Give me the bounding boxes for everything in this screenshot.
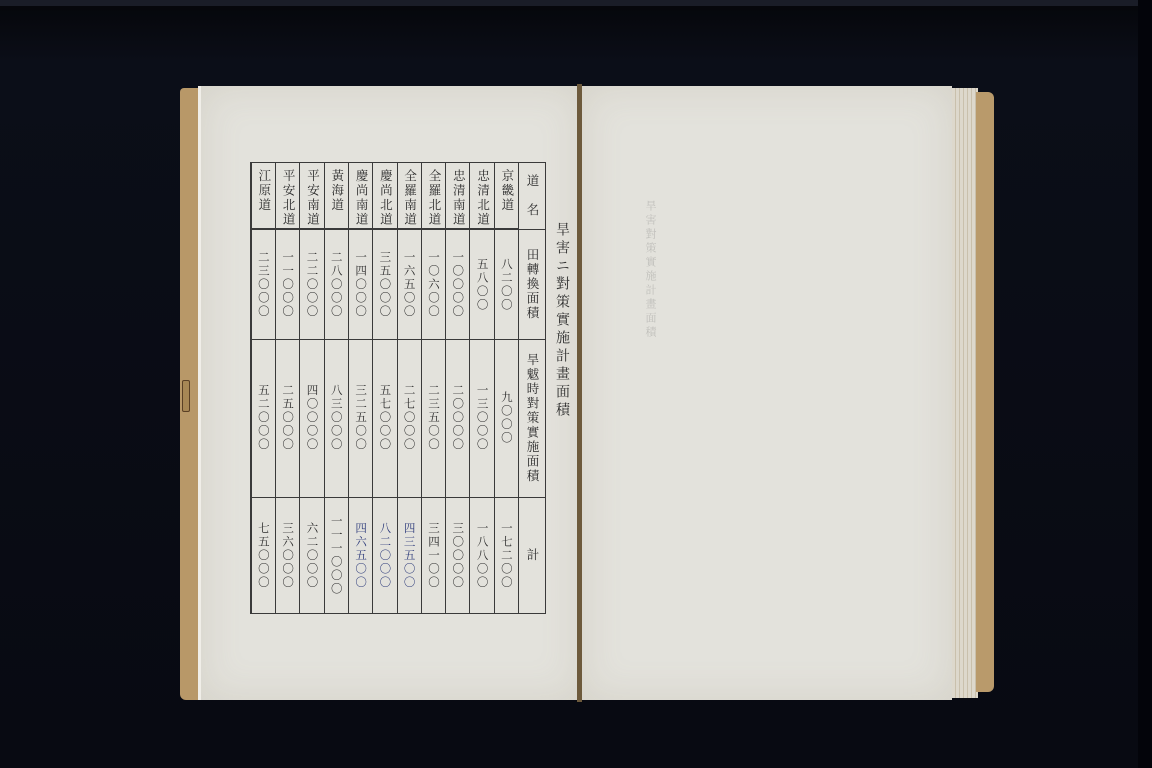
province-name: 全羅北道 — [422, 163, 446, 229]
top-edge — [0, 0, 1152, 6]
conversion-area-value: 一四〇〇〇 — [349, 235, 373, 335]
province-column: 慶尚南道一四〇〇〇三二五〇〇四六五〇〇 — [348, 163, 373, 613]
conversion-area-value: 一〇〇〇〇 — [446, 235, 470, 335]
label-column: 道 名 田轉換面積 旱魃時對策實施面積 計 — [518, 163, 545, 613]
book-cover-left — [180, 88, 200, 700]
conversion-area-value: 五八〇〇 — [470, 235, 494, 335]
province-column: 平安北道一一〇〇〇二五〇〇〇三六〇〇〇 — [275, 163, 300, 613]
conversion-area-value: 二八〇〇〇 — [325, 235, 349, 335]
conversion-area-value: 一一〇〇〇 — [276, 235, 300, 335]
drought-measure-value: 一三〇〇〇 — [470, 343, 494, 493]
conversion-area-value: 三五〇〇〇 — [373, 235, 397, 335]
row-label-total: 計 — [519, 497, 545, 613]
province-name: 黃海道 — [325, 163, 349, 229]
total-value: 八二〇〇〇 — [373, 503, 397, 608]
conversion-area-value: 一六五〇〇 — [398, 235, 422, 335]
province-column: 忠清北道五八〇〇一三〇〇〇一八八〇〇 — [469, 163, 494, 613]
drought-measure-value: 八三〇〇〇 — [325, 343, 349, 493]
page-edges — [952, 88, 978, 698]
province-name: 慶尚南道 — [349, 163, 373, 229]
data-table: 道 名 田轉換面積 旱魃時對策實施面積 計 京畿道八二〇〇九〇〇〇一七二〇〇忠清… — [250, 162, 546, 614]
total-value: 四六五〇〇 — [349, 503, 373, 608]
book-cover-right — [976, 92, 994, 692]
bleed-through-text: 旱害對策實施計畫面積 — [598, 200, 658, 460]
drought-measure-value: 二五〇〇〇 — [276, 343, 300, 493]
province-column: 全羅北道一〇六〇〇二三五〇〇三四一〇〇 — [421, 163, 446, 613]
binding-tab — [182, 380, 190, 412]
row-label-conversion: 田轉換面積 — [519, 229, 545, 339]
province-column: 平安南道二二〇〇〇四〇〇〇〇六二〇〇〇 — [299, 163, 324, 613]
drought-measure-value: 五七〇〇〇 — [373, 343, 397, 493]
province-column: 京畿道八二〇〇九〇〇〇一七二〇〇 — [494, 163, 519, 613]
total-value: 三四一〇〇 — [422, 503, 446, 608]
total-value: 三六〇〇〇 — [276, 503, 300, 608]
province-name: 忠清北道 — [470, 163, 494, 229]
drought-measure-value: 二七〇〇〇 — [398, 343, 422, 493]
province-name: 全羅南道 — [398, 163, 422, 229]
conversion-area-value: 二二〇〇〇 — [300, 235, 324, 335]
province-name: 平安北道 — [276, 163, 300, 229]
table-title: 旱害ニ對策實施計畫面積 — [548, 222, 572, 472]
drought-measure-value: 五二〇〇〇 — [252, 343, 276, 493]
total-value: 一七二〇〇 — [495, 503, 519, 608]
drought-measure-value: 二〇〇〇〇 — [446, 343, 470, 493]
drought-measure-value: 四〇〇〇〇 — [300, 343, 324, 493]
drought-measure-value: 九〇〇〇 — [495, 343, 519, 493]
province-name: 江原道 — [252, 163, 276, 229]
right-edge — [1138, 0, 1152, 768]
conversion-area-value: 一〇六〇〇 — [422, 235, 446, 335]
province-name: 慶尚北道 — [373, 163, 397, 229]
province-column: 忠清南道一〇〇〇〇二〇〇〇〇三〇〇〇〇 — [445, 163, 470, 613]
total-value: 六二〇〇〇 — [300, 503, 324, 608]
header-label: 道 名 — [519, 163, 545, 229]
drought-measure-value: 三二五〇〇 — [349, 343, 373, 493]
province-column: 慶尚北道三五〇〇〇五七〇〇〇八二〇〇〇 — [372, 163, 397, 613]
total-value: 一八八〇〇 — [470, 503, 494, 608]
province-name: 忠清南道 — [446, 163, 470, 229]
row-label-drought-measures: 旱魃時對策實施面積 — [519, 339, 545, 497]
conversion-area-value: 二三〇〇〇 — [252, 235, 276, 335]
province-name: 平安南道 — [300, 163, 324, 229]
total-value: 一一一〇〇〇 — [325, 503, 349, 608]
province-name: 京畿道 — [495, 163, 519, 229]
conversion-area-value: 八二〇〇 — [495, 235, 519, 335]
total-value: 七五〇〇〇 — [252, 503, 276, 608]
total-value: 四三五〇〇 — [398, 503, 422, 608]
province-column: 黃海道二八〇〇〇八三〇〇〇一一一〇〇〇 — [324, 163, 349, 613]
drought-measure-value: 二三五〇〇 — [422, 343, 446, 493]
total-value: 三〇〇〇〇 — [446, 503, 470, 608]
province-column: 全羅南道一六五〇〇二七〇〇〇四三五〇〇 — [397, 163, 422, 613]
province-column: 江原道二三〇〇〇五二〇〇〇七五〇〇〇 — [251, 163, 276, 613]
